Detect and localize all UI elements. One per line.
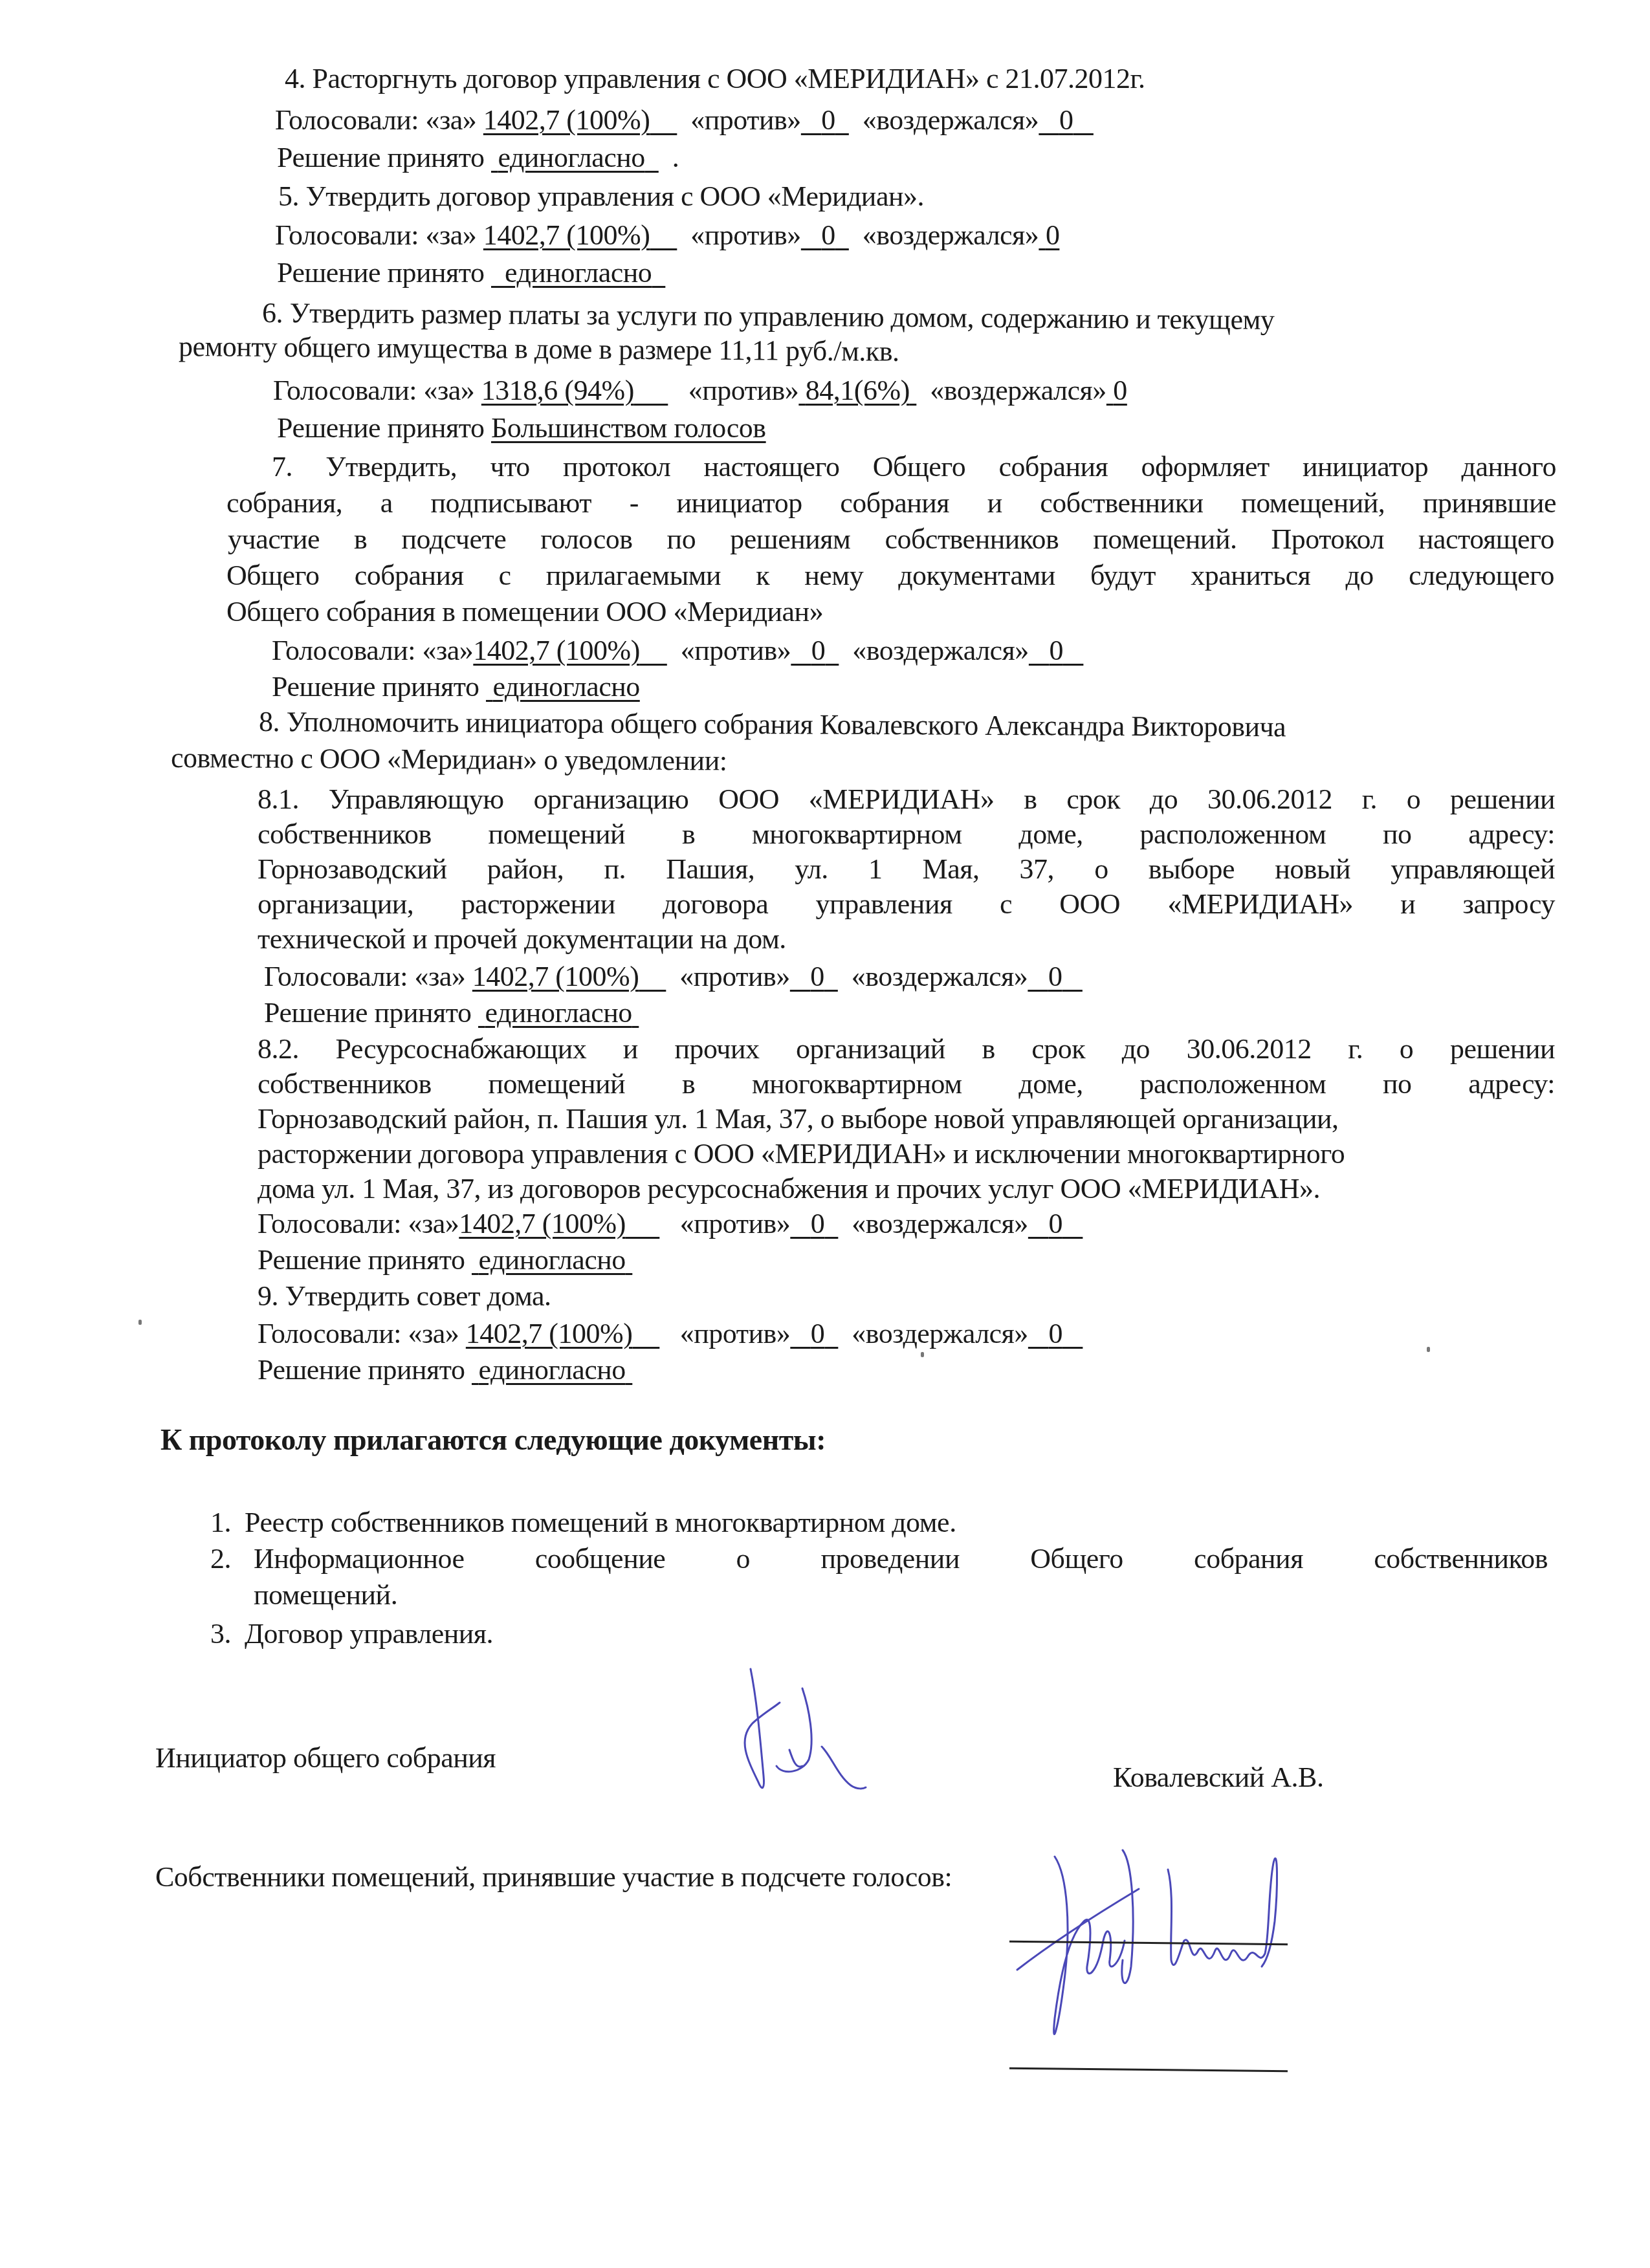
attachment-item-2-num: 2. — [210, 1542, 231, 1576]
scan-speck — [138, 1320, 142, 1325]
item-6-decision: Решение принято Большинством голосов — [277, 411, 766, 445]
owners-label: Собственники помещений, принявшие участи… — [155, 1860, 952, 1894]
item-4-decision: Решение принято единогласно . — [277, 141, 679, 175]
item-8-1-decision: Решение принято единогласно — [264, 996, 639, 1030]
item-8-1-line4: организации, расторжении договора управл… — [258, 888, 1555, 921]
item-8-2-vote: Голосовали: «за»1402,7 (100%) «против» 0… — [258, 1207, 1083, 1241]
attachment-item-1: 1. Реестр собственников помещений в мног… — [210, 1506, 956, 1540]
item-8-1-line2: собственников помещений в многоквартирно… — [258, 818, 1555, 851]
item-7-line1: 7. Утвердить, что протокол настоящего Об… — [272, 450, 1556, 484]
initiator-signature — [712, 1663, 984, 1805]
document-page: 4. Расторгнуть договор управления с ООО … — [0, 0, 1650, 2268]
attachment-item-2-line1: Информационное сообщение о проведении Об… — [254, 1542, 1548, 1576]
item-8-text-line2: совместно с ООО «Меридиан» о уведомлении… — [171, 741, 727, 778]
item-8-1-line3: Горнозаводский район, п. Пашия, ул. 1 Ма… — [258, 853, 1555, 886]
item-4-text: 4. Расторгнуть договор управления с ООО … — [285, 62, 1145, 96]
item-5-text: 5. Утвердить договор управления с ООО «М… — [278, 180, 924, 213]
vote-za-value: 1402,7 (100%) — [483, 104, 650, 136]
item-7-line5: Общего собрания в помещении ООО «Меридиа… — [226, 595, 823, 629]
item-8-2-decision: Решение принято единогласно — [258, 1243, 632, 1277]
attachment-item-2-line2: помещений. — [254, 1578, 397, 1612]
item-5-vote: Голосовали: «за» 1402,7 (100%) «против» … — [275, 219, 1059, 252]
item-8-2-line2: собственников помещений в многоквартирно… — [258, 1067, 1555, 1101]
item-6-text-line1: 6. Утвердить размер платы за услуги по у… — [262, 296, 1275, 337]
decision-value: единогласно — [498, 142, 644, 173]
scan-speck — [1427, 1347, 1430, 1352]
item-8-2-line3: Горнозаводский район, п. Пашия ул. 1 Мая… — [258, 1102, 1339, 1136]
item-7-vote: Голосовали: «за»1402,7 (100%) «против» 0… — [272, 634, 1083, 668]
item-8-2-line5: дома ул. 1 Мая, 37, из договоров ресурсо… — [258, 1172, 1320, 1206]
item-8-text-line1: 8. Уполномочить инициатора общего собран… — [259, 705, 1286, 744]
item-8-1-vote: Голосовали: «за» 1402,7 (100%) «против» … — [264, 960, 1083, 994]
item-8-2-line4: расторжении договора управления с ООО «М… — [258, 1137, 1345, 1171]
initiator-label: Инициатор общего собрания — [155, 1741, 496, 1775]
item-9-decision: Решение принято единогласно — [258, 1353, 632, 1387]
item-8-1-line1: 8.1. Управляющую организацию ООО «МЕРИДИ… — [258, 783, 1555, 816]
item-7-line3: участие в подсчете голосов по решениям с… — [228, 523, 1554, 556]
item-8-2-line1: 8.2. Ресурсоснабжающих и прочих организа… — [258, 1032, 1555, 1066]
scan-speck — [921, 1352, 924, 1357]
item-5-decision: Решение принято единогласно — [277, 256, 665, 290]
item-9-text: 9. Утвердить совет дома. — [258, 1280, 551, 1313]
initiator-name: Ковалевский А.В. — [1113, 1761, 1323, 1794]
item-4-vote: Голосовали: «за» 1402,7 (100%) «против» … — [275, 104, 1094, 137]
item-7-line2: собрания, а подписывают - инициатор собр… — [226, 486, 1556, 520]
attachment-item-3: 3. Договор управления. — [210, 1617, 493, 1651]
item-8-1-line5: технической и прочей документации на дом… — [258, 922, 786, 956]
item-7-line4: Общего собрания с прилагаемыми к нему до… — [226, 559, 1554, 593]
item-9-vote: Голосовали: «за» 1402,7 (100%) «против» … — [258, 1317, 1083, 1351]
item-6-vote: Голосовали: «за» 1318,6 (94%) «против» 8… — [273, 374, 1127, 408]
attachments-heading: К протоколу прилагаются следующие докуме… — [160, 1423, 826, 1457]
item-6-text-line2: ремонту общего имущества в доме в размер… — [179, 330, 899, 369]
item-7-decision: Решение принято единогласно — [272, 670, 640, 704]
